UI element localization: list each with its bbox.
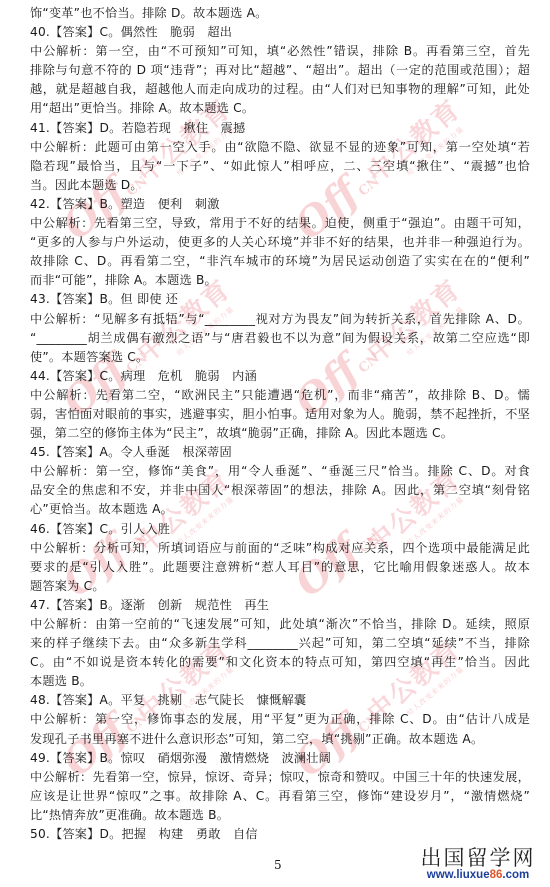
site-brand-logo[interactable]: 出国留学网 www.liuxue86.com bbox=[408, 847, 548, 882]
explanation-line: 饰“变革”也不恰当。排除 D。故本题选 A。 bbox=[30, 4, 530, 23]
explanation-line: “更多的人参与户外运动，使更多的人关心环境”并非不好的结果，也并非一种强迫行为。 bbox=[30, 233, 530, 252]
explanation-line: 发现孔子书里再塞不进什么意识形态”可知，第二空，填“挑剔”正确。故本题选 A。 bbox=[30, 730, 530, 749]
explanation-line: 隐若现”最恰当，且与“一下子”、“如此惊人”相呼应，二、三空填“揪住”、“震撼”… bbox=[30, 157, 530, 176]
explanation-line: 中公解析：第一空，由“不可预知”可知，填“必然性”错误，排除 B。再看第三空，首… bbox=[30, 42, 530, 61]
explanation-line: 中公解析：第一空，修饰事态的发展，用“平复”更为正确，排除 C、D。由“估计八成… bbox=[30, 710, 530, 729]
explanation-line: 要求的是“引人入胜”。此题要注意辨析“惹人耳目”的意思，它比喻用假象迷惑人。故本 bbox=[30, 558, 530, 577]
explanation-line: 心”更恰当。故本题选 A。 bbox=[30, 500, 530, 519]
explanation-line: 品安全的焦虑和不安，并非中国人“根深蒂固”的想法，排除 A。因此，第二空填“刻骨… bbox=[30, 481, 530, 500]
explanation-line: 当。因此本题选 D。 bbox=[30, 176, 530, 195]
explanation-line: 中公解析：此题可由第一空入手。由“欲隐不隐、欲显不显的迹象”可知，第一空处填“若 bbox=[30, 138, 530, 157]
answer-line: 41.【答案】D。若隐若现 揪住 震撼 bbox=[30, 119, 530, 138]
explanation-line: 中公解析：第一空，修饰“美食”，用“令人垂涎”、“垂涎三尺”恰当。排除 C、D。… bbox=[30, 462, 530, 481]
explanation-line: 中公解析：“见解多有抵牾”与“________视对方为畏友”间为转折关系，首先排… bbox=[30, 310, 530, 329]
answer-line: 49.【答案】B。惊叹 硝烟弥漫 激情燃烧 波澜壮阔 bbox=[30, 749, 530, 768]
page-number: 5 bbox=[274, 858, 282, 872]
explanation-line: 来的样子继续下去。由“众多新生学科________兴起”可知，第二空填“延续”不… bbox=[30, 634, 530, 653]
explanation-line: “________胡兰成偶有激烈之语”与“唐君毅也不以为意”间为假设关系，故第二… bbox=[30, 329, 530, 348]
answer-line: 46.【答案】C。引人入胜 bbox=[30, 520, 530, 539]
explanation-line: 中公解析：先看第一空，惊异，惊讶、奇异；惊叹，惊奇和赞叹。中国三十年的快速发展， bbox=[30, 768, 530, 787]
answer-line: 47.【答案】B。逐渐 创新 规范性 再生 bbox=[30, 596, 530, 615]
answer-line: 44.【答案】C。病理 危机 脆弱 内涵 bbox=[30, 367, 530, 386]
document-page: 中公教育给人改变未来的力量 中公教育给人改变未来的力量 OffCN OffCN … bbox=[0, 0, 550, 887]
brand-title: 出国留学网 bbox=[408, 847, 548, 869]
explanation-line: 中公解析：由第一空前的“飞速发展”可知，此处填“渐次”不恰当，排除 D。延续，照… bbox=[30, 615, 530, 634]
explanation-line: 用“超出”更恰当。排除 A。故本题选 C。 bbox=[30, 99, 530, 118]
explanation-line: 越，就是超越自我，超越他人而走向成功的过程。由“人们对已知事物的理解”可知，此处 bbox=[30, 80, 530, 99]
explanation-line: 应该是让世界“惊叹”之事。故排除 A、C。再看第三空，修饰“建设岁月”，“激情燃… bbox=[30, 787, 530, 806]
explanation-line: 中公解析：先看第三空，导致，常用于不好的结果。迫使，侧重于“强迫”。由题干可知， bbox=[30, 214, 530, 233]
answer-explanations: 饰“变革”也不恰当。排除 D。故本题选 A。40.【答案】C。偶然性 脆弱 超出… bbox=[30, 4, 530, 844]
answer-line: 42.【答案】B。塑造 便利 刺激 bbox=[30, 195, 530, 214]
explanation-line: 排除与句意不符的 D 项“违背”；再对比“超越”、“超出”。超出（一定的范围或范… bbox=[30, 61, 530, 80]
explanation-line: 比“热情奔放”更准确。故本题选 B。 bbox=[30, 806, 530, 825]
answer-line: 45.【答案】A。令人垂涎 根深蒂固 bbox=[30, 443, 530, 462]
explanation-line: 故排除 C、D。再看第二空，“非汽车城市的环境”为居民运动创造了实实在在的“便利… bbox=[30, 252, 530, 271]
answer-line: 43.【答案】B。但 即使 还 bbox=[30, 290, 530, 309]
explanation-line: 本题选 B。 bbox=[30, 672, 530, 691]
brand-url[interactable]: www.liuxue86.com bbox=[408, 869, 548, 882]
explanation-line: 中公解析：先看第二空，“欧洲民主”只能遭遇“危机”，而非“痛苦”，故排除 B、D… bbox=[30, 386, 530, 405]
explanation-line: 强，第二空的修饰主体为“民主”，故填“脆弱”正确，排除 A。因此本题选 C。 bbox=[30, 424, 530, 443]
explanation-line: 中公解析：分析可知，所填词语应与前面的“乏味”构成对应关系，四个选项中最能满足此 bbox=[30, 539, 530, 558]
explanation-line: 使”。本题答案选 C。 bbox=[30, 348, 530, 367]
answer-line: 48.【答案】A。平复 挑剔 志气陡长 慷慨解囊 bbox=[30, 691, 530, 710]
answer-line: 50.【答案】D。把握 构建 勇敢 自信 bbox=[30, 825, 530, 844]
explanation-line: 而非“可能”，排除 A。本题选 B。 bbox=[30, 271, 530, 290]
explanation-line: 题答案为 C。 bbox=[30, 577, 530, 596]
explanation-line: 弱，害怕面对眼前的事实，逃避事实，胆小怕事。适用对象为人。脆弱，禁不起挫折，不坚 bbox=[30, 405, 530, 424]
explanation-line: C。由“不如说是资本转化的需要”和文化资本的特点可知，第四空填“再生”恰当。因此 bbox=[30, 653, 530, 672]
answer-line: 40.【答案】C。偶然性 脆弱 超出 bbox=[30, 23, 530, 42]
